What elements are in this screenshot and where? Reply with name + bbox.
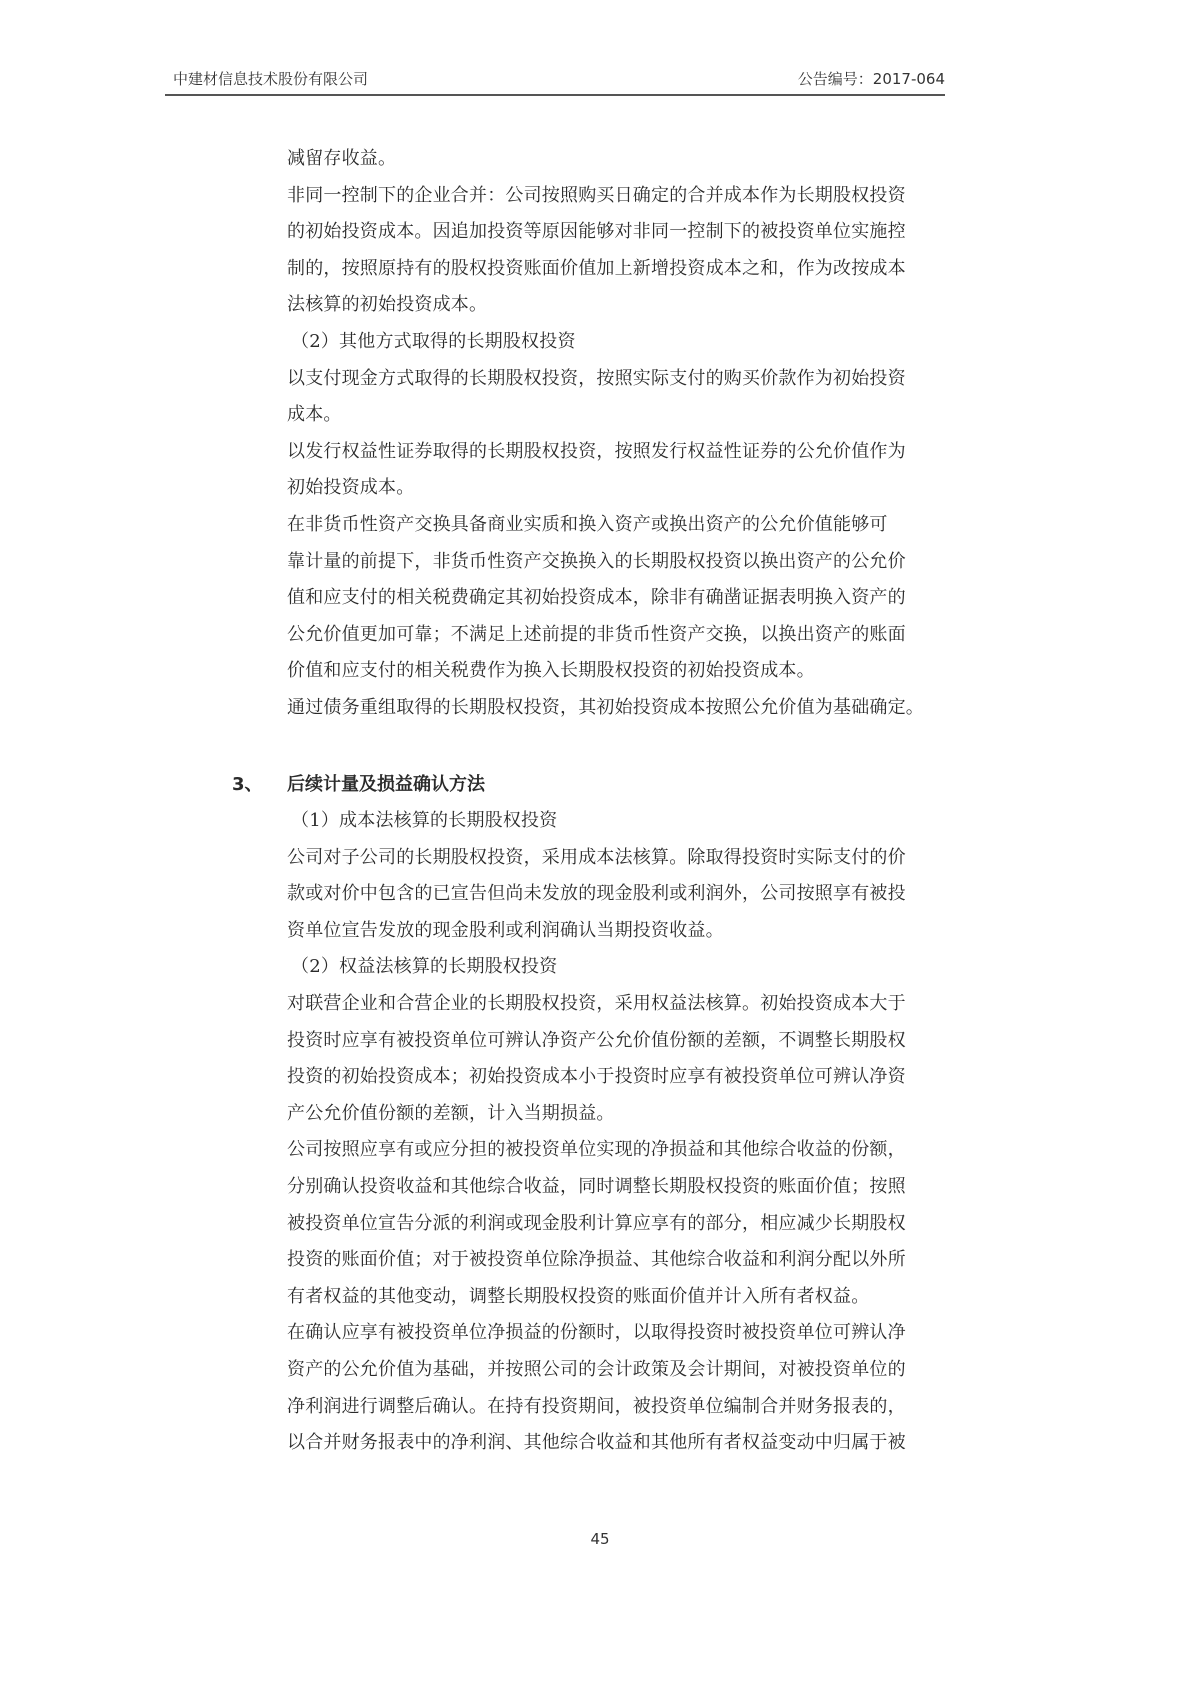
text-line: 值和应支付的相关税费确定其初始投资成本，除非有确凿证据表明换入资产的 <box>287 580 955 617</box>
paragraph: 以发行权益性证券取得的长期股权投资，按照发行权益性证券的公允价值作为初始投资成本… <box>287 434 955 507</box>
text-line: 法核算的初始投资成本。 <box>287 287 955 324</box>
paragraph: 在非货币性资产交换具备商业实质和换入资产或换出资产的公允价值能够可靠计量的前提下… <box>287 507 955 690</box>
paragraph: 公司对子公司的长期股权投资，采用成本法核算。除取得投资时实际支付的价款或对价中包… <box>287 840 955 950</box>
text-line: 通过债务重组取得的长期股权投资，其初始投资成本按照公允价值为基础确定。 <box>287 690 955 727</box>
paragraph: 减留存收益。 <box>287 141 955 178</box>
text-line: 被投资单位宣告分派的利润或现金股利计算应享有的部分，相应减少长期股权 <box>287 1206 955 1243</box>
text-line: 制的，按照原持有的股权投资账面价值加上新增投资成本之和，作为改按成本 <box>287 251 955 288</box>
paragraph: 通过债务重组取得的长期股权投资，其初始投资成本按照公允价值为基础确定。 <box>287 690 955 727</box>
page-header: 中建材信息技术股份有限公司 公告编号：2017-064 <box>165 60 945 96</box>
paragraph: 非同一控制下的企业合并：公司按照购买日确定的合并成本作为长期股权投资的初始投资成… <box>287 178 955 324</box>
subheading: （2）权益法核算的长期股权投资 <box>287 949 955 986</box>
text-line: 初始投资成本。 <box>287 470 955 507</box>
text-line: 净利润进行调整后确认。在持有投资期间，被投资单位编制合并财务报表的， <box>287 1389 955 1426</box>
section-title: 后续计量及损益确认方法 <box>287 774 485 795</box>
text-line: 非同一控制下的企业合并：公司按照购买日确定的合并成本作为长期股权投资 <box>287 178 955 215</box>
text-line: 靠计量的前提下，非货币性资产交换换入的长期股权投资以换出资产的公允价 <box>287 544 955 581</box>
section-3-body: （1）成本法核算的长期股权投资公司对子公司的长期股权投资，采用成本法核算。除取得… <box>287 803 955 1462</box>
subheading: （2）其他方式取得的长期股权投资 <box>287 324 955 361</box>
text-line: 在确认应享有被投资单位净损益的份额时，以取得投资时被投资单位可辨认净 <box>287 1315 955 1352</box>
text-line: 公司对子公司的长期股权投资，采用成本法核算。除取得投资时实际支付的价 <box>287 840 955 877</box>
text-line: 以支付现金方式取得的长期股权投资，按照实际支付的购买价款作为初始投资 <box>287 361 955 398</box>
paragraph: 对联营企业和合营企业的长期股权投资，采用权益法核算。初始投资成本大于投资时应享有… <box>287 986 955 1132</box>
text-line: （1）成本法核算的长期股权投资 <box>287 803 955 840</box>
paragraph: 在确认应享有被投资单位净损益的份额时，以取得投资时被投资单位可辨认净资产的公允价… <box>287 1315 955 1461</box>
paragraph: 公司按照应享有或应分担的被投资单位实现的净损益和其他综合收益的份额，分别确认投资… <box>287 1132 955 1315</box>
announcement-number: 公告编号：2017-064 <box>798 68 945 89</box>
text-line: 价值和应支付的相关税费作为换入长期股权投资的初始投资成本。 <box>287 653 955 690</box>
section-gap <box>287 727 955 767</box>
text-line: 资单位宣告发放的现金股利或利润确认当期投资收益。 <box>287 913 955 950</box>
text-line: 有者权益的其他变动，调整长期股权投资的账面价值并计入所有者权益。 <box>287 1279 955 1316</box>
company-name: 中建材信息技术股份有限公司 <box>173 68 368 89</box>
text-line: 资产的公允价值为基础，并按照公司的会计政策及会计期间，对被投资单位的 <box>287 1352 955 1389</box>
text-line: 以合并财务报表中的净利润、其他综合收益和其他所有者权益变动中归属于被 <box>287 1425 955 1462</box>
page-number: 45 <box>590 1530 609 1548</box>
text-line: 投资时应享有被投资单位可辨认净资产公允价值份额的差额，不调整长期股权 <box>287 1023 955 1060</box>
text-line: 减留存收益。 <box>287 141 955 178</box>
text-line: 产公允价值份额的差额，计入当期损益。 <box>287 1096 955 1133</box>
text-line: 公允价值更加可靠；不满足上述前提的非货币性资产交换，以换出资产的账面 <box>287 617 955 654</box>
paragraph: 以支付现金方式取得的长期股权投资，按照实际支付的购买价款作为初始投资成本。 <box>287 361 955 434</box>
section-number: 3、 <box>232 767 263 804</box>
text-line: 成本。 <box>287 397 955 434</box>
text-line: 以发行权益性证券取得的长期股权投资，按照发行权益性证券的公允价值作为 <box>287 434 955 471</box>
text-line: 公司按照应享有或应分担的被投资单位实现的净损益和其他综合收益的份额， <box>287 1132 955 1169</box>
text-line: 投资的初始投资成本；初始投资成本小于投资时应享有被投资单位可辨认净资 <box>287 1059 955 1096</box>
page-footer: 45 <box>0 1530 1200 1548</box>
text-line: （2）权益法核算的长期股权投资 <box>287 949 955 986</box>
text-line: 的初始投资成本。因追加投资等原因能够对非同一控制下的被投资单位实施控 <box>287 214 955 251</box>
text-line: 对联营企业和合营企业的长期股权投资，采用权益法核算。初始投资成本大于 <box>287 986 955 1023</box>
document-body: 减留存收益。非同一控制下的企业合并：公司按照购买日确定的合并成本作为长期股权投资… <box>287 141 955 1462</box>
text-line: 投资的账面价值；对于被投资单位除净损益、其他综合收益和利润分配以外所 <box>287 1242 955 1279</box>
text-line: 在非货币性资产交换具备商业实质和换入资产或换出资产的公允价值能够可 <box>287 507 955 544</box>
text-line: （2）其他方式取得的长期股权投资 <box>287 324 955 361</box>
text-line: 款或对价中包含的已宣告但尚未发放的现金股利或利润外，公司按照享有被投 <box>287 876 955 913</box>
subheading: （1）成本法核算的长期股权投资 <box>287 803 955 840</box>
section-heading: 3、 后续计量及损益确认方法 <box>287 767 955 804</box>
text-line: 分别确认投资收益和其他综合收益，同时调整长期股权投资的账面价值；按照 <box>287 1169 955 1206</box>
section-2-continuation: 减留存收益。非同一控制下的企业合并：公司按照购买日确定的合并成本作为长期股权投资… <box>287 141 955 727</box>
